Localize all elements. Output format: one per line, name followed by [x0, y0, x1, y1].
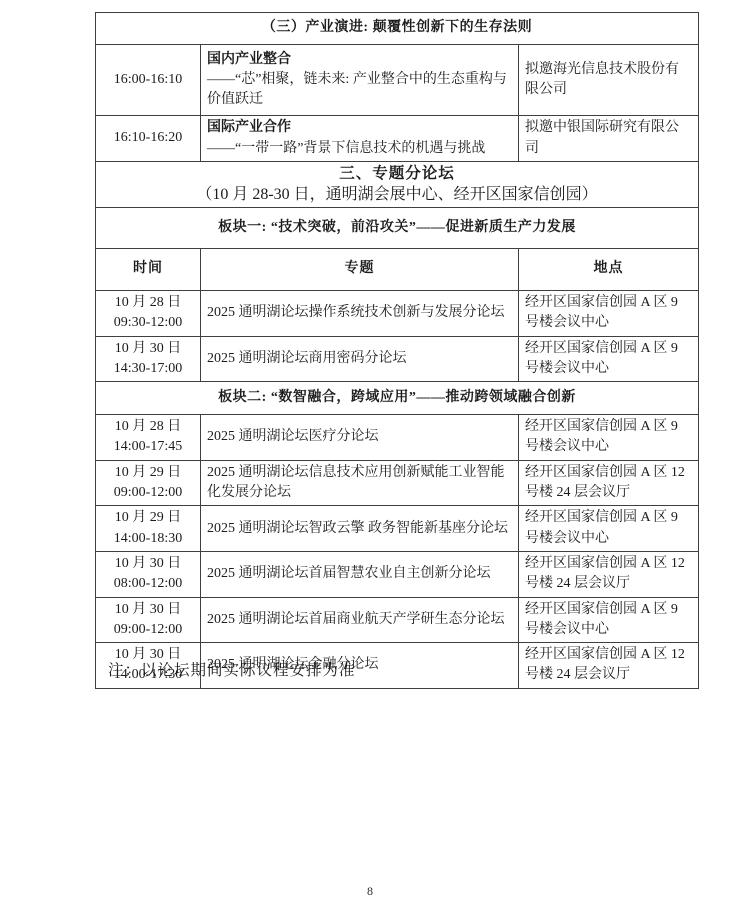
forum-date: 10 月 29 日	[102, 508, 194, 528]
forum-section-header: 三、专题分论坛 （10 月 28-30 日，通明湖会展中心、经开区国家信创园）	[96, 162, 699, 208]
session-row: 16:00-16:10 国内产业整合 ——“芯”相聚，链未来: 产业整合中的生态…	[96, 45, 699, 116]
block1-header-row: 板块一: “技术突破，前沿攻关”——促进新质生产力发展	[96, 208, 699, 249]
forum-date: 10 月 28 日	[102, 293, 194, 313]
forum-row: 10 月 30 日 14:30-17:00 2025 通明湖论坛商用密码分论坛 …	[96, 336, 699, 382]
session-row: 16:10-16:20 国际产业合作 ——“一带一路”背景下信息技术的机遇与挑战…	[96, 116, 699, 162]
document-page: （三）产业演进: 颠覆性创新下的生存法则 16:00-16:10 国内产业整合 …	[0, 0, 740, 910]
forum-place: 经开区国家信创园 A 区 9 号楼会议中心	[519, 291, 699, 337]
forum-time: 09:30-12:00	[102, 313, 194, 333]
forum-topic: 2025 通明湖论坛商用密码分论坛	[201, 336, 519, 382]
session-time: 16:10-16:20	[96, 116, 201, 162]
forum-place: 经开区国家信创园 A 区 12 号楼 24 层会议厅	[519, 643, 699, 689]
forum-time-cell: 10 月 28 日 09:30-12:00	[96, 291, 201, 337]
session-subtitle: ——“芯”相聚，链未来: 产业整合中的生态重构与价值跃迁	[207, 70, 512, 111]
forum-topic: 2025 通明湖论坛首届智慧农业自主创新分论坛	[201, 551, 519, 597]
forum-place: 经开区国家信创园 A 区 12 号楼 24 层会议厅	[519, 551, 699, 597]
forum-section-title: 三、专题分论坛	[102, 164, 692, 184]
forum-time: 14:30-17:00	[102, 359, 194, 379]
forum-place: 经开区国家信创园 A 区 9 号楼会议中心	[519, 506, 699, 552]
forum-topic: 2025 通明湖论坛操作系统技术创新与发展分论坛	[201, 291, 519, 337]
session-title: 国内产业整合	[207, 50, 512, 70]
agenda-note: 注：以论坛期间实际议程安排为准	[108, 658, 356, 680]
forum-row: 10 月 29 日 14:00-18:30 2025 通明湖论坛智政云擎 政务智…	[96, 506, 699, 552]
forum-time-cell: 10 月 30 日 08:00-12:00	[96, 551, 201, 597]
forum-section-subtitle: （10 月 28-30 日，通明湖会展中心、经开区国家信创园）	[102, 184, 692, 205]
session-time: 16:00-16:10	[96, 45, 201, 116]
session-title: 国际产业合作	[207, 118, 512, 138]
section3-header: （三）产业演进: 颠覆性创新下的生存法则	[96, 13, 699, 45]
block2-header: 板块二: “数智融合，跨域应用”——推动跨领域融合创新	[96, 382, 699, 415]
forum-time: 09:00-12:00	[102, 483, 194, 503]
forum-date: 10 月 29 日	[102, 463, 194, 483]
page-number: 8	[0, 884, 740, 899]
block1-header: 板块一: “技术突破，前沿攻关”——促进新质生产力发展	[96, 208, 699, 249]
forum-time: 14:00-18:30	[102, 529, 194, 549]
forum-row: 10 月 30 日 08:00-12:00 2025 通明湖论坛首届智慧农业自主…	[96, 551, 699, 597]
forum-date: 10 月 28 日	[102, 417, 194, 437]
forum-time-cell: 10 月 30 日 14:30-17:00	[96, 336, 201, 382]
forum-topic: 2025 通明湖论坛信息技术应用创新赋能工业智能化发展分论坛	[201, 460, 519, 506]
forum-time: 14:00-17:45	[102, 437, 194, 457]
forum-row: 10 月 28 日 14:00-17:45 2025 通明湖论坛医疗分论坛 经开…	[96, 415, 699, 461]
forum-time-cell: 10 月 29 日 09:00-12:00	[96, 460, 201, 506]
conference-agenda-table: （三）产业演进: 颠覆性创新下的生存法则 16:00-16:10 国内产业整合 …	[95, 12, 699, 689]
column-header-time: 时间	[96, 249, 201, 291]
forum-place: 经开区国家信创园 A 区 12 号楼 24 层会议厅	[519, 460, 699, 506]
block2-header-row: 板块二: “数智融合，跨域应用”——推动跨领域融合创新	[96, 382, 699, 415]
column-header-topic: 专题	[201, 249, 519, 291]
forum-topic: 2025 通明湖论坛智政云擎 政务智能新基座分论坛	[201, 506, 519, 552]
column-header-row: 时间 专题 地点	[96, 249, 699, 291]
forum-place: 经开区国家信创园 A 区 9 号楼会议中心	[519, 415, 699, 461]
forum-section-row: 三、专题分论坛 （10 月 28-30 日，通明湖会展中心、经开区国家信创园）	[96, 162, 699, 208]
section3-header-row: （三）产业演进: 颠覆性创新下的生存法则	[96, 13, 699, 45]
session-org: 拟邀中银国际研究有限公司	[519, 116, 699, 162]
forum-date: 10 月 30 日	[102, 339, 194, 359]
session-topic-cell: 国际产业合作 ——“一带一路”背景下信息技术的机遇与挑战	[201, 116, 519, 162]
forum-topic: 2025 通明湖论坛首届商业航天产学研生态分论坛	[201, 597, 519, 643]
forum-time-cell: 10 月 28 日 14:00-17:45	[96, 415, 201, 461]
column-header-place: 地点	[519, 249, 699, 291]
session-topic-cell: 国内产业整合 ——“芯”相聚，链未来: 产业整合中的生态重构与价值跃迁	[201, 45, 519, 116]
session-subtitle: ——“一带一路”背景下信息技术的机遇与挑战	[207, 139, 512, 159]
forum-date: 10 月 30 日	[102, 600, 194, 620]
forum-row: 10 月 29 日 09:00-12:00 2025 通明湖论坛信息技术应用创新…	[96, 460, 699, 506]
forum-date: 10 月 30 日	[102, 554, 194, 574]
forum-place: 经开区国家信创园 A 区 9 号楼会议中心	[519, 336, 699, 382]
forum-time-cell: 10 月 30 日 09:00-12:00	[96, 597, 201, 643]
forum-time-cell: 10 月 29 日 14:00-18:30	[96, 506, 201, 552]
session-org: 拟邀海光信息技术股份有限公司	[519, 45, 699, 116]
forum-row: 10 月 28 日 09:30-12:00 2025 通明湖论坛操作系统技术创新…	[96, 291, 699, 337]
forum-time: 09:00-12:00	[102, 620, 194, 640]
forum-row: 10 月 30 日 09:00-12:00 2025 通明湖论坛首届商业航天产学…	[96, 597, 699, 643]
forum-topic: 2025 通明湖论坛医疗分论坛	[201, 415, 519, 461]
forum-time: 08:00-12:00	[102, 574, 194, 594]
forum-place: 经开区国家信创园 A 区 9 号楼会议中心	[519, 597, 699, 643]
